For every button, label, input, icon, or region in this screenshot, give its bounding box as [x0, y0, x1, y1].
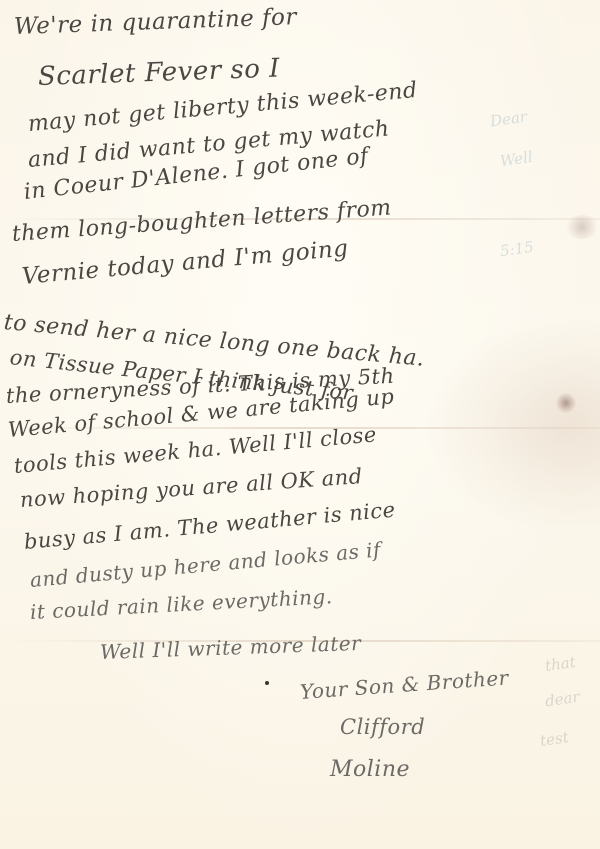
letter-line: it could rain like everything.	[29, 584, 333, 624]
bleed-through-text: Well	[499, 148, 534, 170]
letter-page: Dear Well 5:15 that dear test We're in q…	[0, 0, 600, 849]
letter-line: Well I'll write more later	[100, 631, 362, 664]
signature-last-name: Moline	[330, 757, 410, 782]
bleed-through-text: dear	[544, 688, 581, 711]
paper-stain	[565, 215, 599, 239]
bleed-through-text: Dear	[489, 108, 528, 131]
bleed-through-text: that	[544, 653, 577, 675]
signature-first-name: Clifford	[340, 715, 425, 739]
letter-closing: Your Son & Brother	[299, 665, 509, 704]
bleed-through-text: 5:15	[499, 238, 535, 261]
bleed-through-text: test	[539, 728, 570, 750]
paper-stain	[556, 393, 576, 413]
letter-line: Vernie today and I'm going	[21, 235, 350, 289]
letter-line: Scarlet Fever so I	[37, 54, 280, 92]
letter-line: We're in quarantine for	[14, 4, 298, 40]
pencil-dot	[265, 681, 269, 685]
